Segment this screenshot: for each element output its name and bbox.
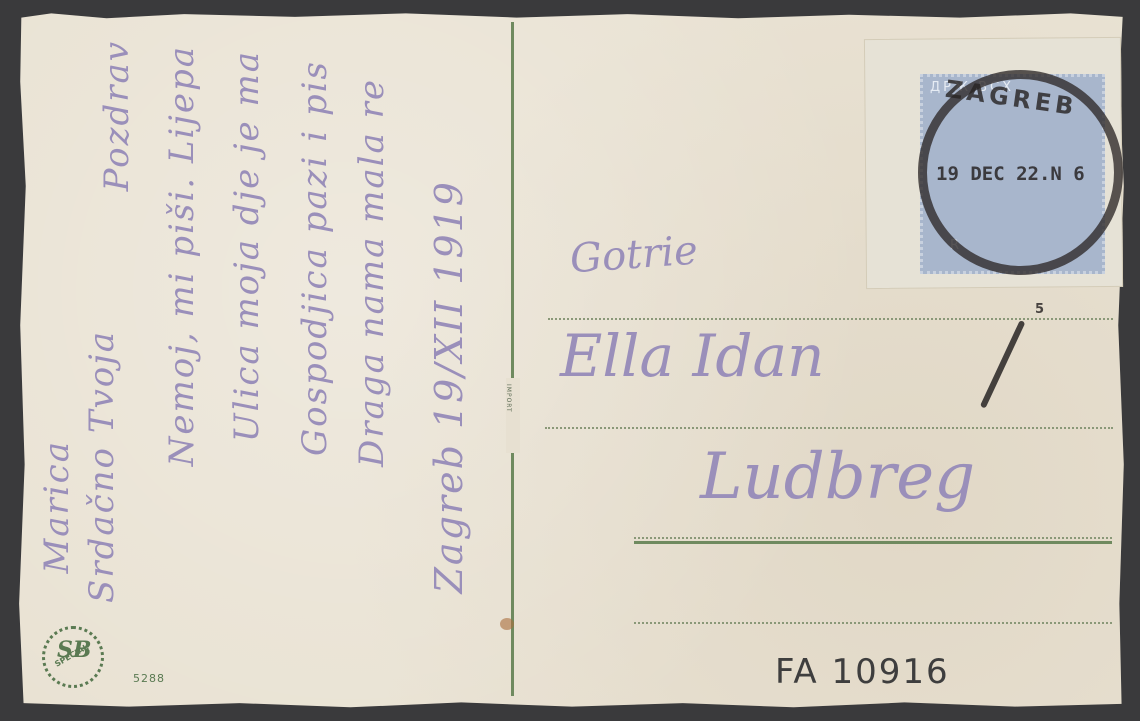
- publisher-logo: SB SPECIAL: [42, 626, 104, 688]
- import-label: IMPORT: [505, 384, 512, 413]
- message-line-5: Pozdrav: [100, 40, 134, 191]
- message-line-2: Gospodjica pazi i pis: [298, 60, 332, 456]
- address-recipient: Ella Idan: [560, 322, 824, 390]
- message-line-4: Nemoj, mi piši. Lijepa: [165, 45, 199, 466]
- address-line-4: [634, 622, 1112, 624]
- series-number: 5288: [133, 672, 165, 685]
- postmark-date: 19 DEC 22.N 6: [936, 163, 1085, 185]
- stain: [500, 618, 514, 630]
- archive-id: FA 10916: [775, 652, 950, 692]
- address-line-1: [548, 318, 1113, 320]
- address-line-3: [634, 537, 1112, 539]
- address-line-2: [545, 427, 1113, 429]
- message-dateline: Zagreb 19/XII 1919: [430, 180, 468, 593]
- message-line-6: Srdačno Tvoja: [85, 330, 119, 603]
- message-signature: Marica: [40, 440, 74, 574]
- message-line-3: Ulica moja dje je ma: [230, 50, 264, 442]
- center-divider: [511, 22, 514, 696]
- address-town: Ludbreg: [700, 440, 975, 514]
- postmark-number: 5: [1035, 302, 1044, 317]
- message-line-1: Draga nama mala re: [355, 78, 389, 467]
- address-salutation: Gotrie: [569, 228, 700, 283]
- address-underline: [634, 541, 1112, 544]
